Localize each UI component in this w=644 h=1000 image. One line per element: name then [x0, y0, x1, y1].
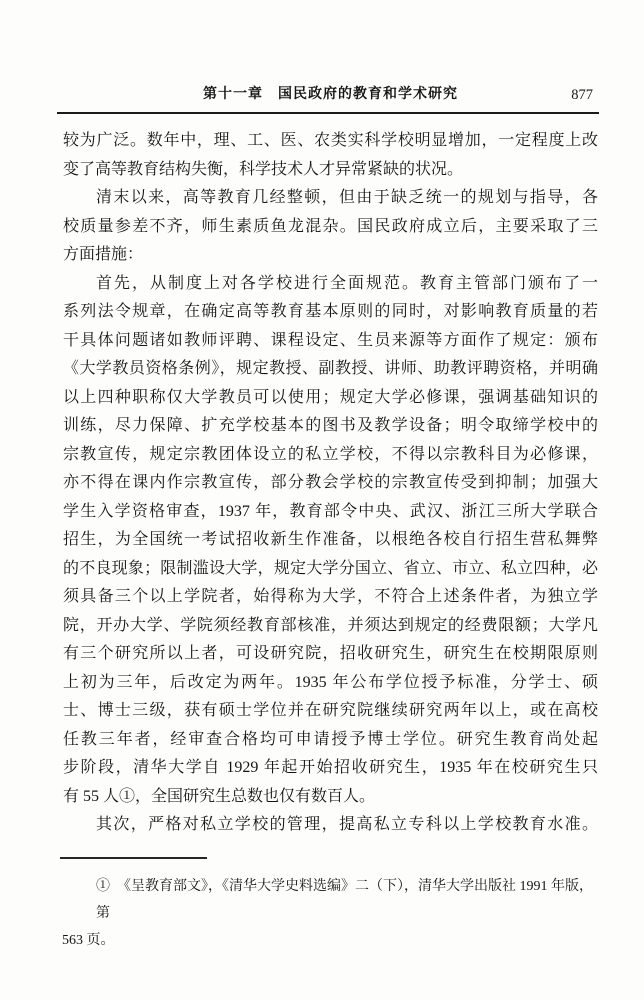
text-line: 系列法令规章，在确定高等教育基本原则的同时，对影响教育质量的若 — [63, 298, 598, 327]
text-line: 上初为三年，后改定为两年。1935 年公布学位授予标准，分学士、硕 — [63, 669, 598, 698]
footnote: ① 《呈教育部文》，《清华大学史料选编》二（下），清华大学出版社 1991 年版… — [62, 873, 599, 954]
paragraph: 清末以来，高等教育几经整顿，但由于缺乏统一的规划与指导，各 校质量参差不齐，师生… — [63, 184, 598, 270]
header-rule — [57, 112, 599, 114]
page-header: 第十一章 国民政府的教育和学术研究 877 — [62, 84, 599, 104]
body-text: 较为广泛。数年中，理、工、医、农类实科学校明显增加，一定程度上改 变了高等教育结… — [63, 127, 598, 840]
text-line: 的不良现象；限制滥设大学，规定大学分国立、省立、市立、私立四种，必 — [63, 555, 598, 584]
text-line: 步阶段，清华大学自 1929 年起开始招收研究生，1935 年在校研究生只 — [63, 754, 598, 783]
text-line: 首先，从制度上对各学校进行全面规范。教育主管部门颁布了一 — [63, 270, 598, 299]
text-line: 招生，为全国统一考试招收新生作准备，以根绝各校自行招生营私舞弊 — [63, 526, 598, 555]
text-line: 以上四种职称仅大学教员可以使用；规定大学必修课，强调基础知识的 — [63, 384, 598, 413]
text-line: 有 55 人①，全国研究生总数也仅有数百人。 — [63, 783, 598, 812]
text-line: 训练，尽力保障、扩充学校基本的图书及教学设备；明令取缔学校中的 — [63, 412, 598, 441]
text-line: 其次，严格对私立学校的管理，提高私立专科以上学校教育水准。 — [63, 811, 598, 840]
text-line: 亦不得在课内作宗教宣传，部分教会学校的宗教宣传受到抑制；加强大 — [63, 469, 598, 498]
text-line: 干具体问题诸如教师评聘、课程设定、生员来源等方面作了规定：颁布 — [63, 327, 598, 356]
chapter-title: 第十一章 国民政府的教育和学术研究 — [62, 84, 599, 104]
text-line: 任教三年者，经审查合格均可申请授予博士学位。研究生教育尚处起 — [63, 726, 598, 755]
text-line: 有三个研究所以上者，可设研究院，招收研究生，研究生在校期限原则 — [63, 640, 598, 669]
paragraph: 较为广泛。数年中，理、工、医、农类实科学校明显增加，一定程度上改 变了高等教育结… — [63, 127, 598, 184]
text-line: 院，开办大学、学院须经教育部核准，并须达到规定的经费限额；大学凡 — [63, 612, 598, 641]
page-number: 877 — [571, 86, 593, 104]
paragraph: 首先，从制度上对各学校进行全面规范。教育主管部门颁布了一 系列法令规章，在确定高… — [63, 270, 598, 812]
text-line: 士、博士三级，获有硕士学位并在研究院继续研究两年以上，或在高校 — [63, 697, 598, 726]
text-line: 校质量参差不齐，师生素质鱼龙混杂。国民政府成立后，主要采取了三 — [63, 213, 598, 242]
text-line: 方面措施： — [63, 241, 598, 270]
text-line: 《大学教员资格条例》，规定教授、副教授、讲师、助教评聘资格，并明确 — [63, 355, 598, 384]
text-line: 学生入学资格审查，1937 年，教育部令中央、武汉、浙江三所大学联合 — [63, 498, 598, 527]
text-line: 宗教宣传，规定宗教团体设立的私立学校，不得以宗教科目为必修课， — [63, 441, 598, 470]
footnote-separator — [60, 857, 207, 859]
footnote-line: ① 《呈教育部文》，《清华大学史料选编》二（下），清华大学出版社 1991 年版… — [62, 873, 599, 927]
text-line: 较为广泛。数年中，理、工、医、农类实科学校明显增加，一定程度上改 — [63, 127, 598, 156]
paragraph: 其次，严格对私立学校的管理，提高私立专科以上学校教育水准。 — [63, 811, 598, 840]
text-line: 须具备三个以上学院者，始得称为大学，不符合上述条件者，为独立学 — [63, 583, 598, 612]
book-page: 第十一章 国民政府的教育和学术研究 877 较为广泛。数年中，理、工、医、农类实… — [0, 0, 644, 1000]
text-line: 变了高等教育结构失衡，科学技术人才异常紧缺的状况。 — [63, 156, 598, 185]
footnote-line: 563 页。 — [62, 927, 599, 954]
text-line: 清末以来，高等教育几经整顿，但由于缺乏统一的规划与指导，各 — [63, 184, 598, 213]
